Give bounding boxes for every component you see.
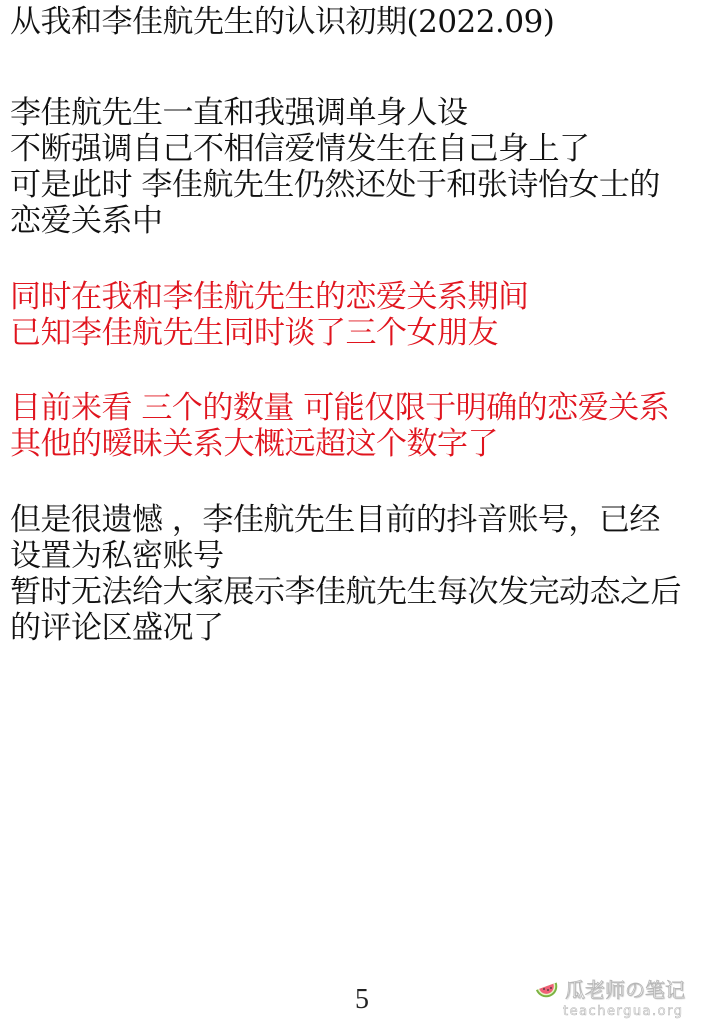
paragraph-1-line-2: 不断强调自己不相信爱情发生在自己身上了	[10, 131, 590, 167]
paragraph-1-line-3: 可是此时 李佳航先生仍然还处于和张诗怡女士的	[10, 167, 660, 203]
paragraph-4-line-2: 设置为私密账号	[10, 538, 224, 574]
watermelon-icon	[535, 978, 561, 1004]
paragraph-1-line-1: 李佳航先生一直和我强调单身人设	[10, 95, 468, 131]
paragraph-4-line-1: 但是很遗憾 ，李佳航先生目前的抖音账号，已经	[10, 502, 660, 538]
watermark: 瓜老师の笔记 teachergua.org	[535, 975, 715, 1023]
highlight-2-line-2: 其他的暧昧关系大概远超这个数字了	[10, 426, 498, 462]
page-number: 5	[355, 984, 369, 1016]
document-page: 从我和李佳航先生的认识初期(2022.09) 李佳航先生一直和我强调单身人设 不…	[0, 0, 724, 1024]
highlight-2-line-1: 目前来看 三个的数量 可能仅限于明确的恋爱关系	[10, 390, 669, 426]
highlight-1-line-1: 同时在我和李佳航先生的恋爱关系期间	[10, 279, 529, 315]
paragraph-4-line-3: 暂时无法给大家展示李佳航先生每次发完动态之后	[10, 574, 681, 610]
watermark-title: 瓜老师の笔记	[565, 977, 685, 1003]
paragraph-1-line-4: 恋爱关系中	[10, 203, 163, 239]
highlight-1-line-2: 已知李佳航先生同时谈了三个女朋友	[10, 315, 498, 351]
document-title: 从我和李佳航先生的认识初期(2022.09)	[10, 4, 554, 40]
paragraph-4-line-4: 的评论区盛况了	[10, 610, 224, 646]
watermark-url: teachergua.org	[563, 1004, 683, 1019]
